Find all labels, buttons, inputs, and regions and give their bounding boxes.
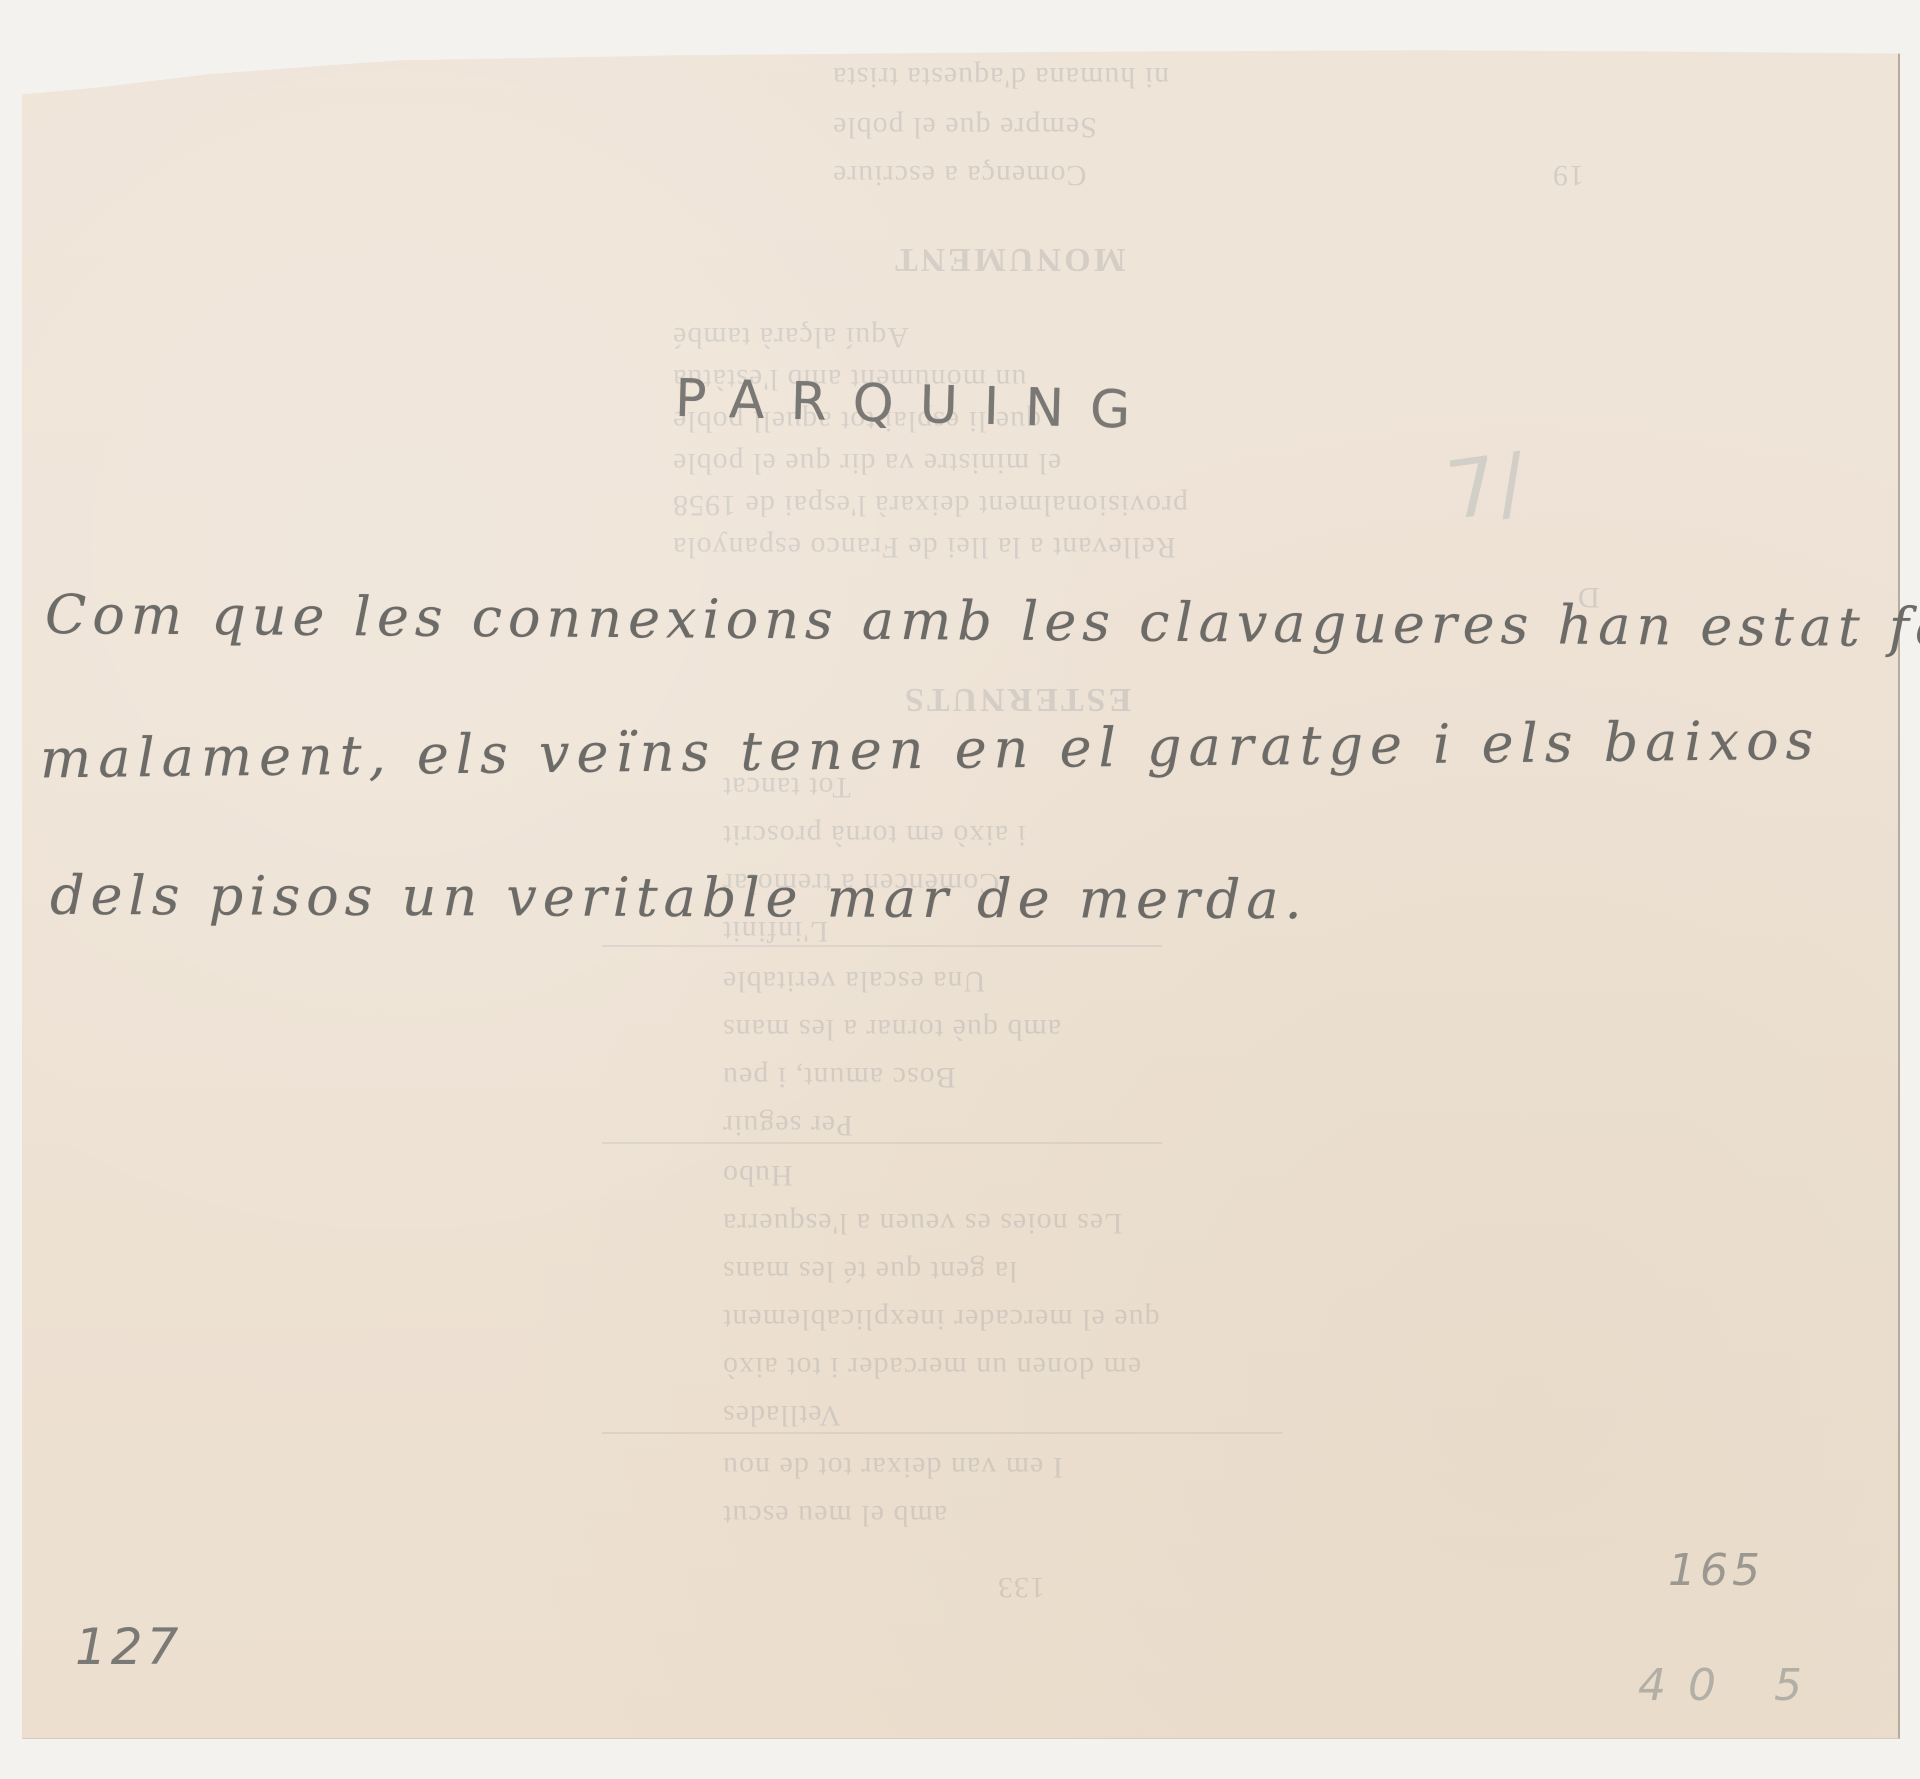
show-through-line: ni humana d'aquesta trista [832, 60, 1169, 94]
show-through-line: que el mercader inexplicablement [722, 1302, 1160, 1336]
show-through-rule [602, 945, 1162, 947]
show-through-page-number: 133 [997, 1570, 1045, 1604]
show-through-line: Bosc amunt, i peu [722, 1060, 956, 1094]
handwritten-line: dels pisos un veritable mar de merda. [50, 864, 1308, 931]
show-through-rule [602, 1142, 1162, 1144]
show-through-heading: ESTERNUTS [902, 680, 1131, 718]
show-through-line: em donen un mercader i tot això [722, 1350, 1141, 1384]
show-through-line: I em van deixar tot de nou [722, 1450, 1063, 1484]
show-through-line: amb què tornar a les mans [722, 1012, 1061, 1046]
scan-background: ni humana d'aquesta trista Sempre que el… [0, 0, 1920, 1779]
show-through-line: Hubo [722, 1158, 793, 1192]
show-through-line: Comença a escriure [832, 158, 1087, 192]
page-number-bottom-right: 165 [1668, 1545, 1764, 1596]
show-through-line: Les noies es veuen a l'esquerra [722, 1206, 1122, 1240]
show-through-line: la gent que té les mans [722, 1254, 1017, 1288]
page-number-bottom-right-secondary: 40 5 [1638, 1660, 1824, 1711]
show-through-line: Aquí alçarà també [672, 320, 909, 354]
show-through-line: amb el meu escut [722, 1498, 947, 1532]
show-through-line: Vetllades [722, 1398, 841, 1432]
show-through-line: i això em tornà proscrit [722, 818, 1026, 852]
show-through-line: Rellevant a la llei de Franco espanyola [672, 530, 1176, 564]
page-title: PARQUING [674, 369, 1157, 442]
show-through-rule [602, 1432, 1282, 1434]
show-through-line: provisionalment deixarà l'espai de 1958 [672, 488, 1188, 522]
show-through-line: el ministre va dir que el poble [672, 446, 1061, 480]
show-through-heading: MONUMENT [892, 240, 1126, 278]
page-number-bottom-left: 127 [75, 1618, 182, 1676]
faint-pencil-mark: 7/ [1441, 435, 1531, 538]
show-through-line: Sempre que el poble [832, 110, 1097, 144]
show-through-page-number: 19 [1552, 158, 1584, 192]
show-through-line: Per seguir [722, 1108, 853, 1142]
show-through-line: Una escala veritable [722, 964, 985, 998]
